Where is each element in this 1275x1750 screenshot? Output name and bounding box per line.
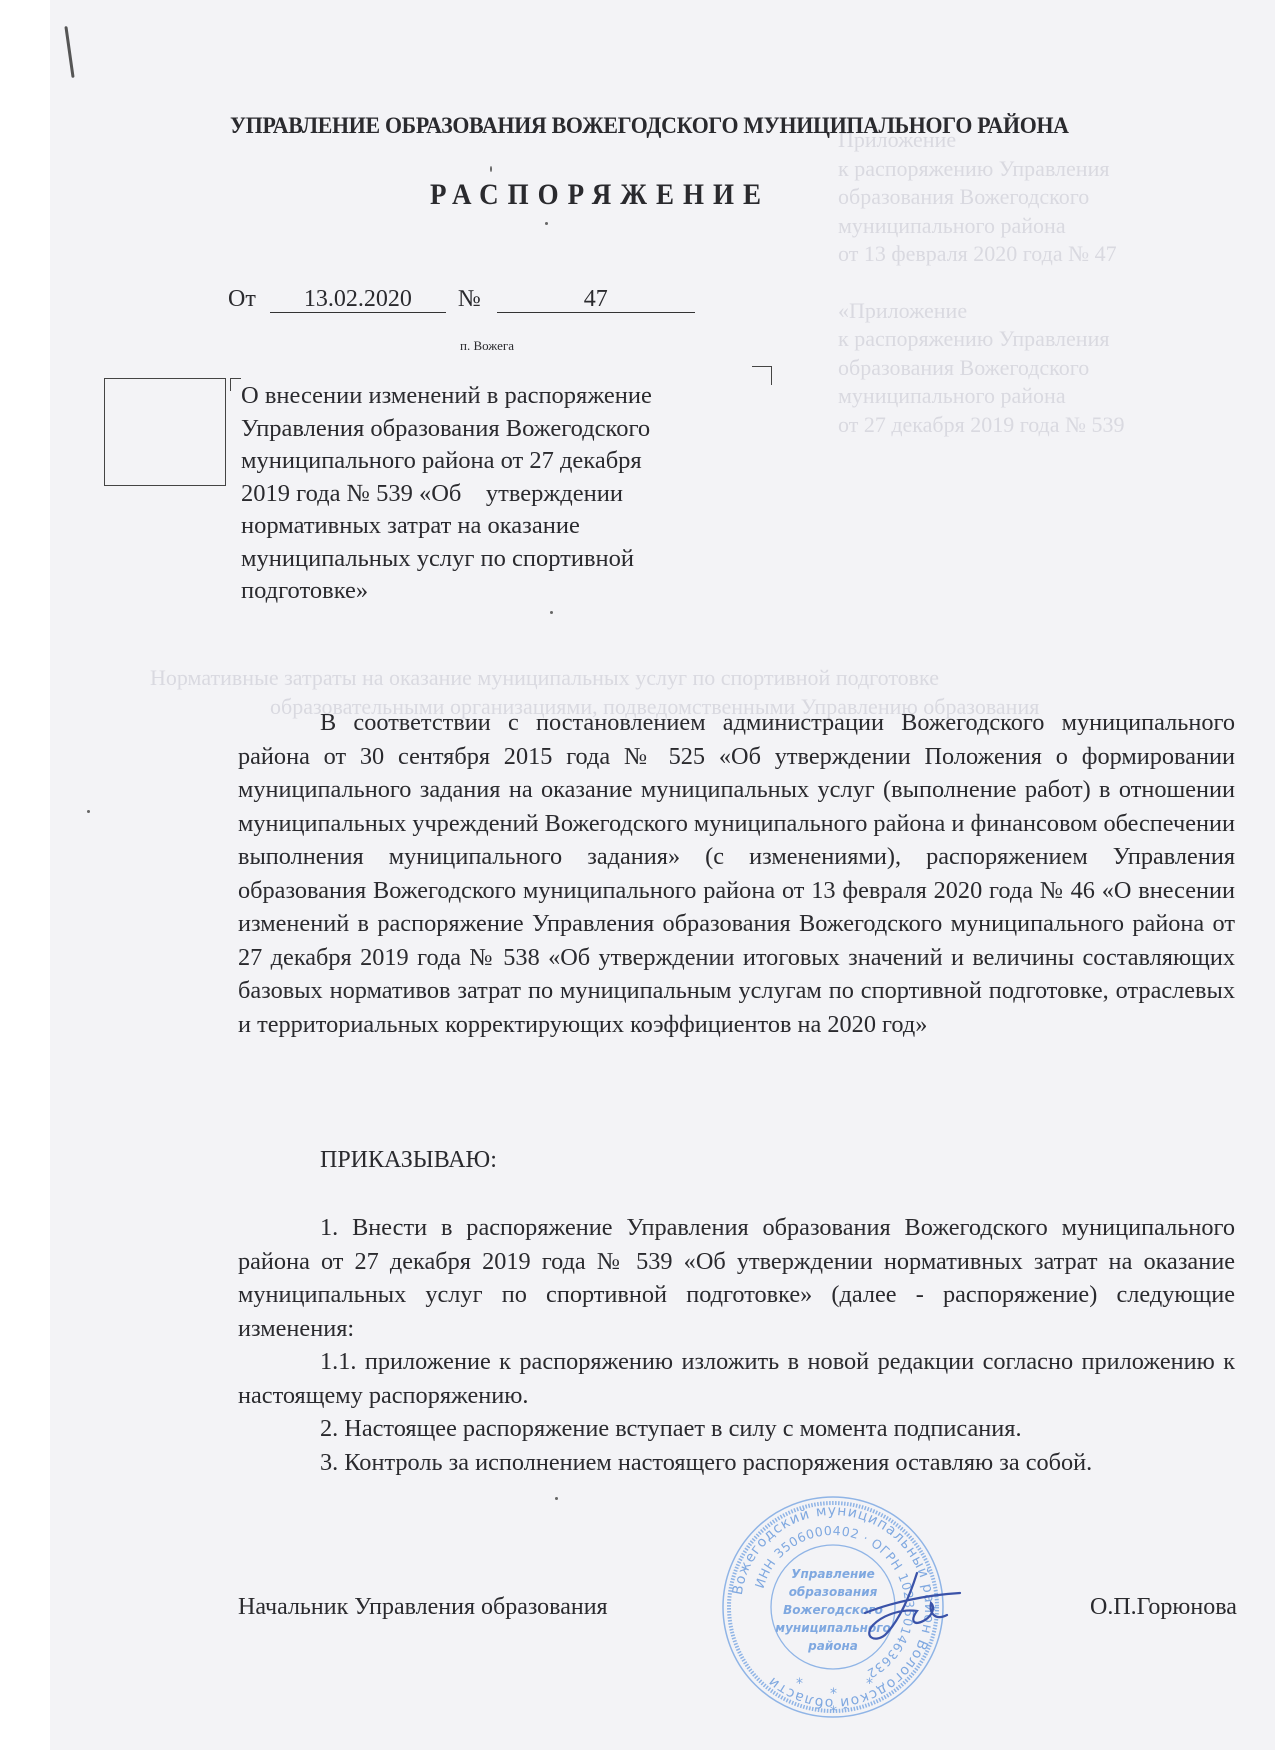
- number-field: 47: [497, 286, 695, 313]
- scan-speck: [87, 810, 90, 813]
- scan-speck: [555, 1497, 558, 1500]
- document-type-title: РАСПОРЯЖЕНИЕ: [330, 178, 870, 212]
- orders-heading: ПРИКАЗЫВАЮ:: [320, 1147, 497, 1174]
- subject-line: муниципального района от 27 декабря: [241, 445, 761, 478]
- order-item-1-1: 1.1. приложение к распоряжению изложить …: [238, 1345, 1235, 1412]
- registration-line: От 13.02.2020 № 47: [228, 286, 695, 313]
- svg-text:района: района: [807, 1639, 858, 1653]
- date-field: 13.02.2020: [270, 286, 446, 313]
- subject-line: Управления образования Вожегодского: [241, 413, 761, 446]
- document-subject: О внесении изменений в распоряжение Упра…: [241, 380, 761, 608]
- signatory-name: О.П.Горюнова: [1090, 1594, 1237, 1621]
- subject-line: О внесении изменений в распоряжение: [241, 380, 761, 413]
- order-item-3: 3. Контроль за исполнением настоящего ра…: [238, 1446, 1235, 1480]
- scan-speck: [550, 611, 553, 614]
- place-label: п. Вожега: [460, 338, 514, 354]
- subject-line: нормативных затрат на оказание: [241, 510, 761, 543]
- order-item-1: 1. Внести в распоряжение Управления обра…: [238, 1211, 1235, 1345]
- subject-line: муниципальных услуг по спортивной: [241, 543, 761, 576]
- order-item-2: 2. Настоящее распоряжение вступает в сил…: [238, 1412, 1235, 1446]
- corner-mark-left: [230, 378, 241, 391]
- svg-text:*: *: [866, 1676, 873, 1692]
- scan-speck: [490, 166, 492, 172]
- number-label: №: [458, 286, 481, 313]
- scan-speck: [545, 222, 548, 225]
- svg-text:*: *: [830, 1686, 837, 1702]
- subject-line: подготовке»: [241, 575, 761, 608]
- from-label: От: [228, 286, 256, 313]
- blank-box: [104, 378, 226, 486]
- subject-line: 2019 года № 539 «Об утверждении: [241, 478, 761, 511]
- organization-header: УПРАВЛЕНИЕ ОБРАЗОВАНИЯ ВОЖЕГОДСКОГО МУНИ…: [230, 113, 1169, 140]
- handwritten-signature-icon: [855, 1565, 965, 1645]
- svg-text:*: *: [830, 1704, 837, 1720]
- svg-text:*: *: [796, 1676, 803, 1692]
- signatory-position: Начальник Управления образования: [238, 1594, 608, 1621]
- preamble-paragraph: В соответствии с постановлением админист…: [238, 706, 1235, 1041]
